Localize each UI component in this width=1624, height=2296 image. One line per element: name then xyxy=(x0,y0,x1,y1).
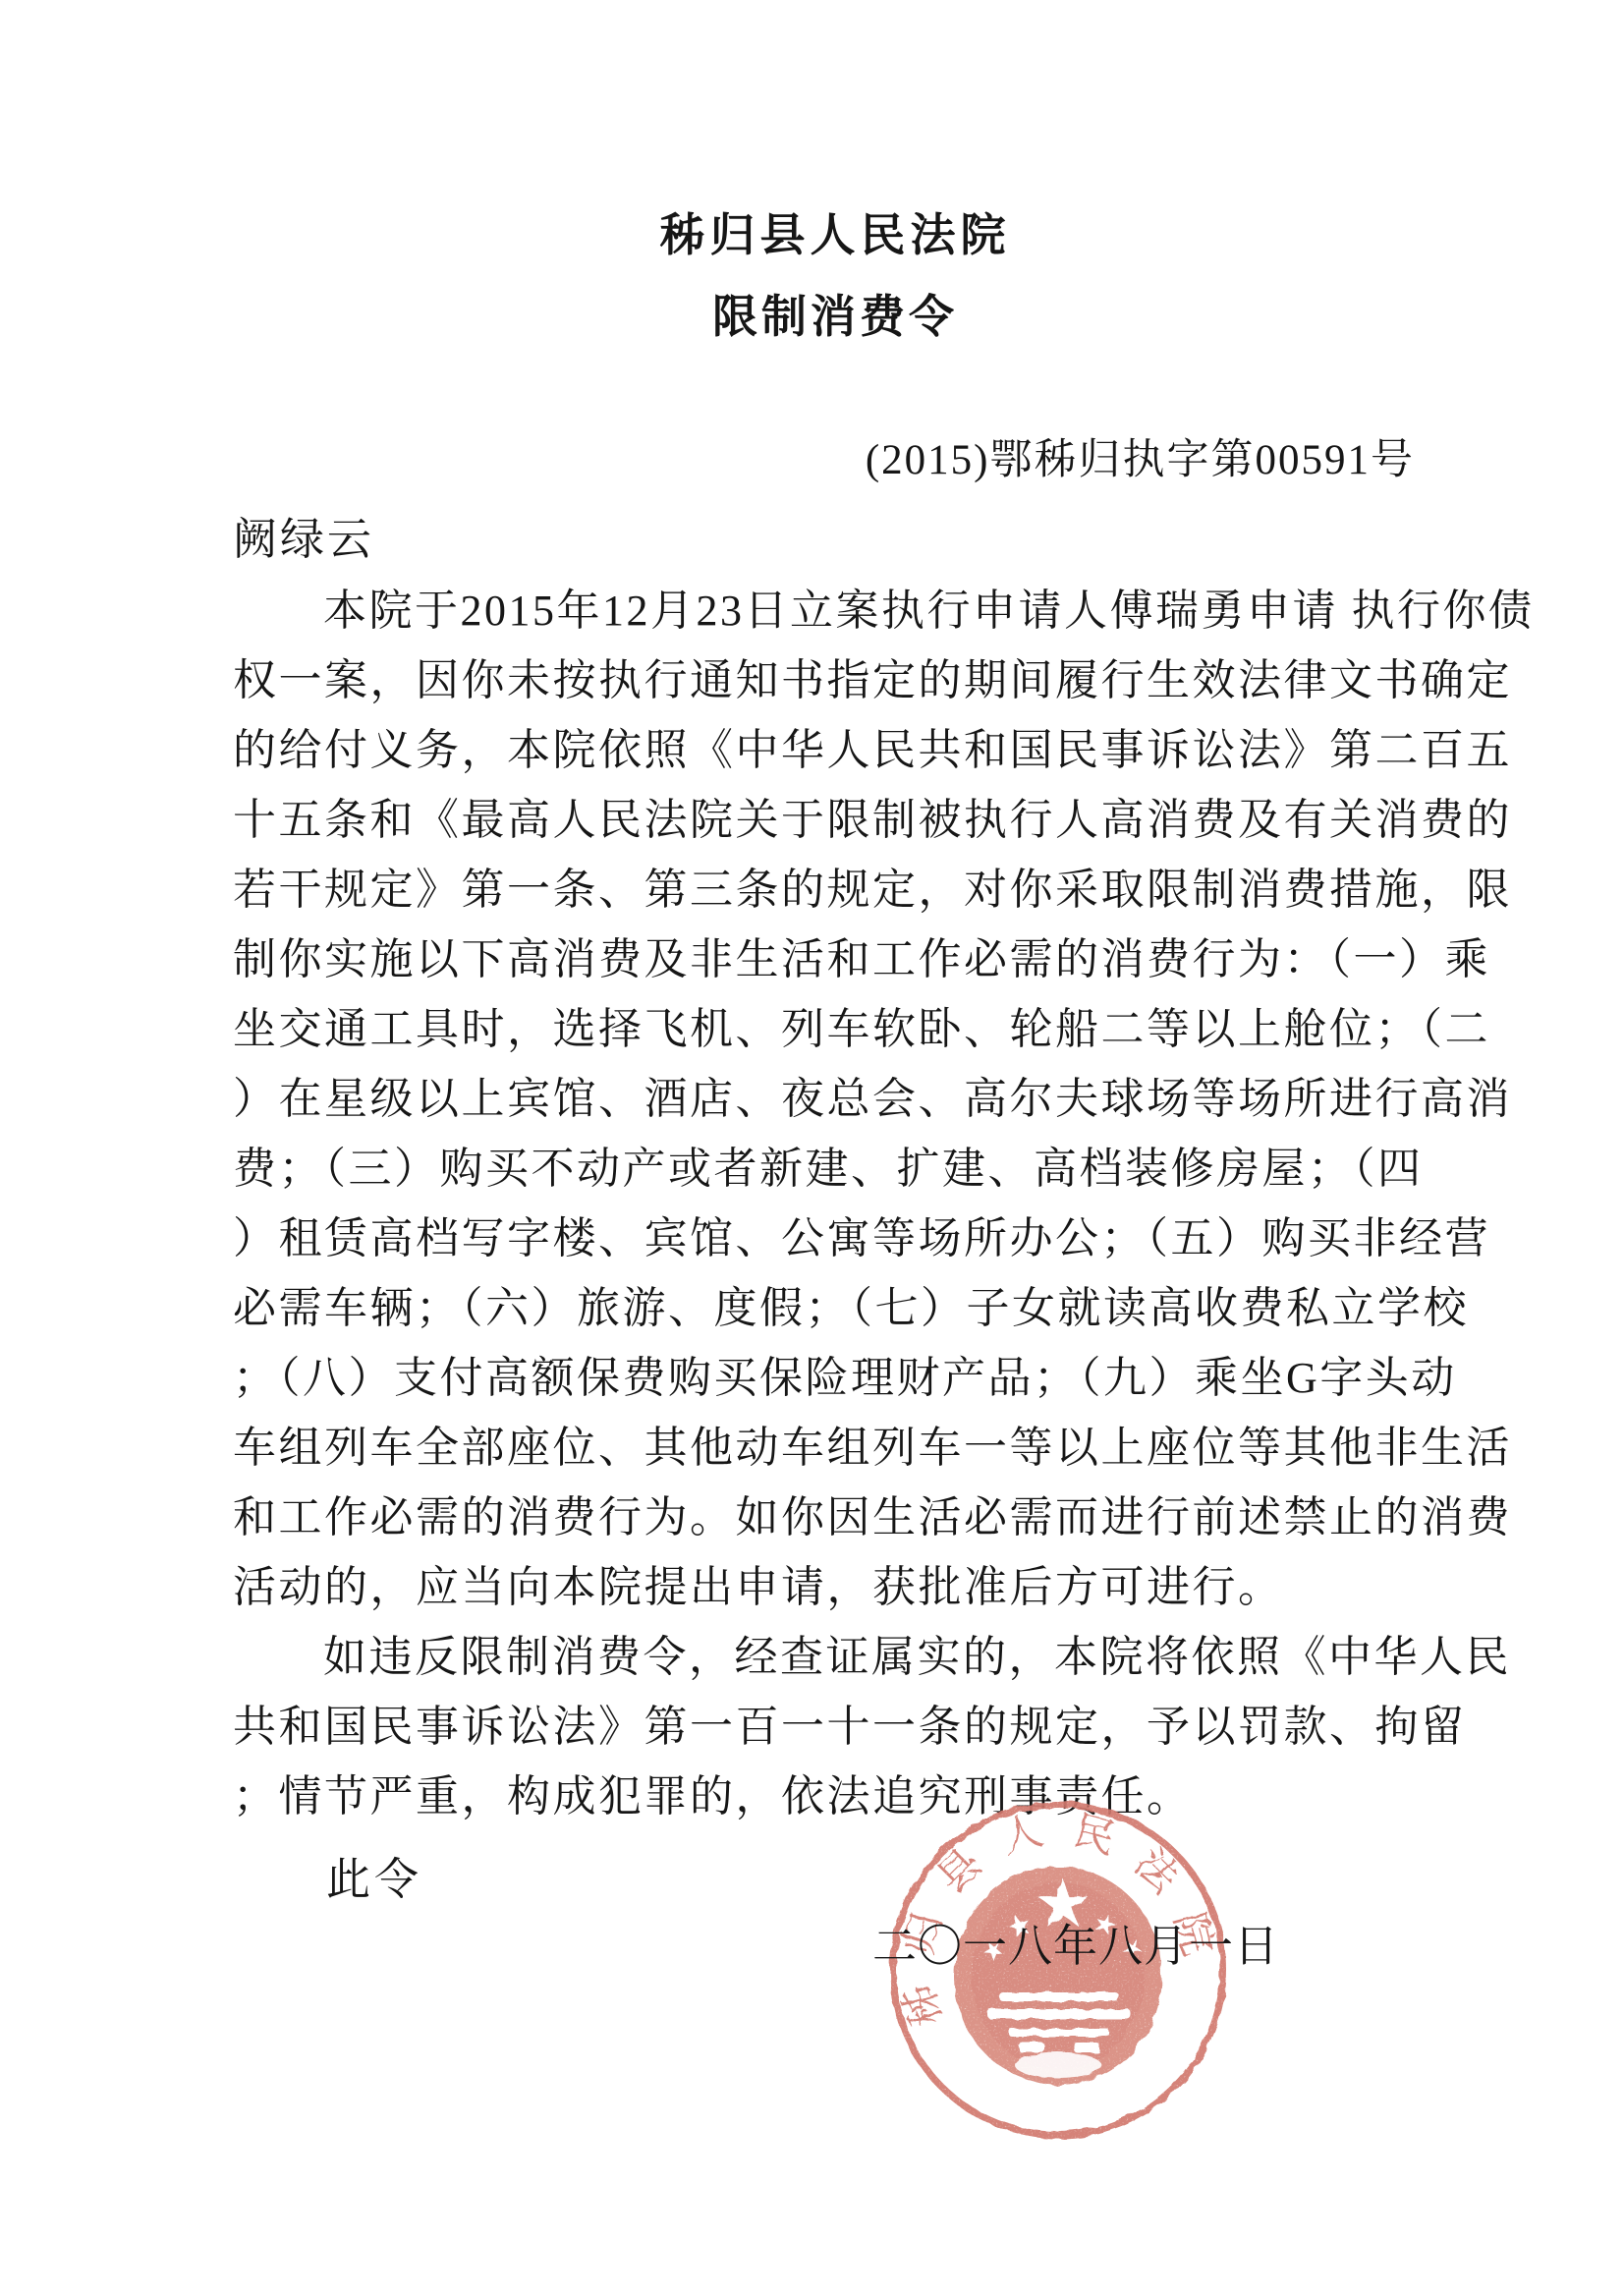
addressee-name: 阙绿云 xyxy=(233,503,374,567)
body-text-line: ；（八）支付高额保费购买保险理财产品；（九）乘坐G字头动 xyxy=(233,1343,1441,1413)
body-text-line: 共和国民事诉讼法》第一百一十一条的规定，予以罚款、拘留 xyxy=(233,1692,1441,1762)
body-text-line: 坐交通工具时，选择飞机、列车软卧、轮船二等以上舱位；（二 xyxy=(233,994,1441,1064)
document-page: 秭归县人民法院 限制消费令 (2015)鄂秭归执字第00591号 阙绿云 本院于… xyxy=(0,0,1624,2296)
svg-text:法: 法 xyxy=(1126,1841,1188,1903)
national-emblem-icon xyxy=(954,1867,1162,2085)
svg-text:人: 人 xyxy=(996,1809,1047,1863)
body-text-line: 活动的，应当向本院提出申请，获批准后方可进行。 xyxy=(233,1552,1441,1622)
body-paragraph-2: 如违反限制消费令，经查证属实的，本院将依照《中华人民共和国民事诉讼法》第一百一十… xyxy=(233,1622,1441,1831)
svg-text:县: 县 xyxy=(929,1841,990,1902)
body-text-line: 若干规定》第一条、第三条的规定，对你采取限制消费措施，限 xyxy=(233,855,1441,924)
closing-phrase: 此令 xyxy=(326,1843,422,1907)
body-text-line: ；情节严重，构成犯罪的，依法追究刑事责任。 xyxy=(233,1762,1441,1831)
body-text-line: 必需车辆；（六）旅游、度假；（七）子女就读高收费私立学校 xyxy=(233,1273,1441,1343)
body-text-line: 制你实施以下高消费及非生活和工作必需的消费行为：（一）乘 xyxy=(233,924,1441,994)
body-text-line: 和工作必需的消费行为。如你因生活必需而进行前述禁止的消费 xyxy=(233,1483,1441,1552)
body-text-line: 费；（三）购买不动产或者新建、扩建、高档装修房屋；（四 xyxy=(233,1134,1441,1204)
svg-text:秭: 秭 xyxy=(897,1980,951,2031)
body-text-line: 车组列车全部座位、其他动车组列车一等以上座位等其他非生活 xyxy=(233,1413,1441,1483)
body-paragraph-1: 本院于2015年12月23日立案执行申请人傅瑞勇申请 执行你债权一案，因你未按执… xyxy=(233,576,1441,1622)
document-title: 限制消费令 xyxy=(231,281,1439,346)
body-text-line: ）租赁高档写字楼、宾馆、公寓等场所办公；（五）购买非经营 xyxy=(233,1204,1441,1273)
body-text-line: 权一案，因你未按执行通知书指定的期间履行生效法律文书确定 xyxy=(233,645,1441,715)
body-text-line: ）在星级以上宾馆、酒店、夜总会、高尔夫球场等场所进行高消 xyxy=(233,1064,1441,1134)
case-number: (2015)鄂秭归执字第00591号 xyxy=(231,426,1415,486)
body-text-line: 十五条和《最高人民法院关于限制被执行人高消费及有关消费的 xyxy=(233,785,1441,855)
body-text-line: 如违反限制消费令，经查证属实的，本院将依照《中华人民 xyxy=(233,1622,1441,1692)
issue-date: 二〇一八年八月一日 xyxy=(872,1910,1279,1974)
body-text-line: 本院于2015年12月23日立案执行申请人傅瑞勇申请 执行你债 xyxy=(233,576,1441,645)
court-name: 秭归县人民法院 xyxy=(231,199,1439,264)
body-text-line: 的给付义务，本院依照《中华人民共和国民事诉讼法》第二百五 xyxy=(233,715,1441,785)
svg-text:民: 民 xyxy=(1068,1809,1119,1863)
